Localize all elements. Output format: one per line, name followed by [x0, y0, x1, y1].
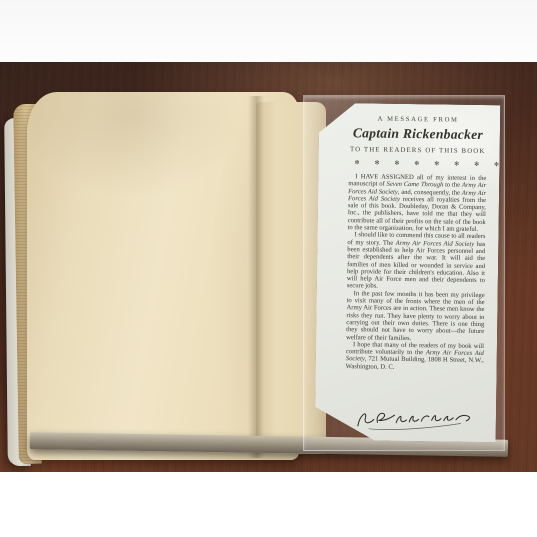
photo-of-open-book: A MESSAGE FROM Captain Rickenbacker TO T…	[0, 62, 537, 472]
photo-letterbox-bottom	[0, 472, 537, 537]
book-gutter-shadow	[248, 96, 264, 458]
signature-scribble	[347, 405, 481, 435]
card-body: I HAVE ASSIGNED all of my interest in th…	[346, 173, 487, 372]
message-card: A MESSAGE FROM Captain Rickenbacker TO T…	[315, 103, 501, 442]
card-subtitle: TO THE READERS OF THIS BOOK	[349, 146, 487, 155]
card-paragraph: I hope that many of the readers of my bo…	[346, 341, 484, 372]
photo-letterbox-top	[0, 0, 537, 62]
star-ornament-row: ✻ ✻ ✻ ✻ ✻ ✻ ✻ ✻	[354, 159, 486, 168]
card-paragraph: I HAVE ASSIGNED all of my interest in th…	[348, 173, 487, 233]
card-paragraph: I should like to commend this cause to a…	[347, 232, 486, 292]
card-paragraph: In the past few months it has been my pr…	[346, 290, 485, 343]
card-eyebrow: A MESSAGE FROM	[349, 115, 487, 124]
signature	[347, 405, 481, 435]
message-card-content: A MESSAGE FROM Captain Rickenbacker TO T…	[315, 103, 501, 442]
card-title: Captain Rickenbacker	[349, 125, 487, 143]
